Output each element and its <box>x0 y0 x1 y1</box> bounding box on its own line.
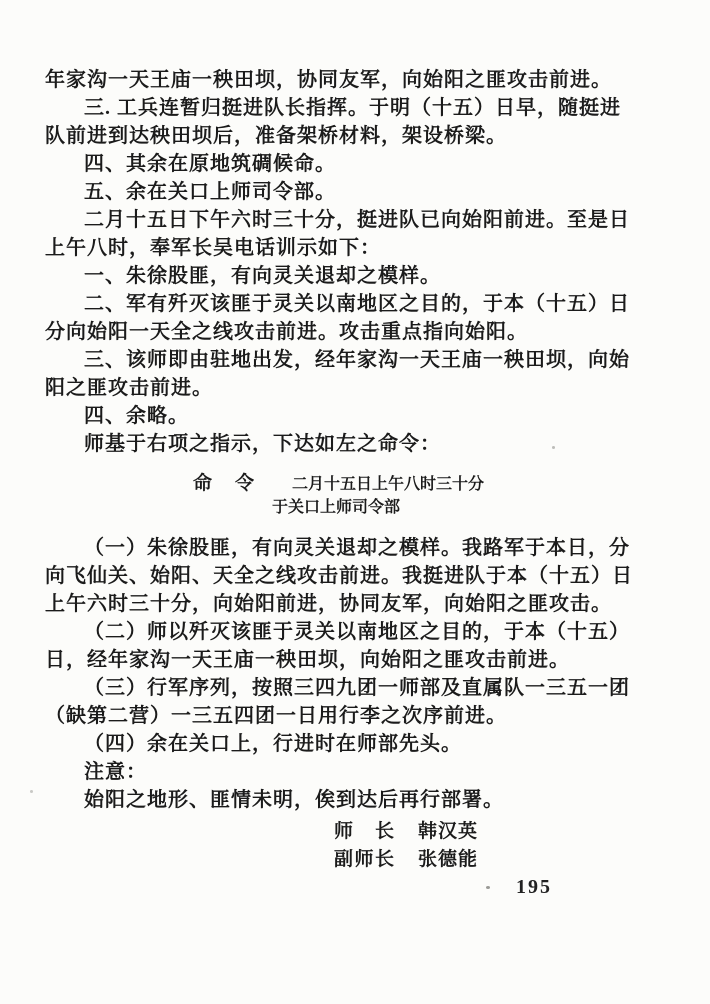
text-line: 队前进到达秧田坝后，准备架桥材料，架设桥梁。 <box>45 122 670 150</box>
signature-deputy-commander: 副师长张德能 <box>45 846 478 874</box>
signature-name: 张德能 <box>418 849 478 870</box>
signature-name: 韩汉英 <box>418 821 478 842</box>
text-line: 注意： <box>45 758 670 786</box>
scanned-document-page: 年家沟一天王庙一秧田坝，协同友军，向始阳之匪攻击前进。 三. 工兵连暂归挺进队长… <box>0 0 710 1004</box>
text-line: （四）余在关口上，行进时在师部先头。 <box>45 730 670 758</box>
scan-speck <box>552 446 555 449</box>
signature-commander: 师 长韩汉英 <box>45 818 478 846</box>
scan-speck <box>570 100 573 102</box>
text-line: （缺第二营）一三五四团一日用行李之次序前进。 <box>45 702 670 730</box>
text-line: （二）师以歼灭该匪于灵关以南地区之目的，于本（十五） <box>45 618 670 646</box>
text-line: 三、该师即由驻地出发，经年家沟一天王庙一秧田坝，向始 <box>45 346 670 374</box>
signature-role: 副师长 <box>334 846 394 874</box>
text-line: 一、朱徐股匪，有向灵关退却之模样。 <box>45 262 670 290</box>
text-line: 年家沟一天王庙一秧田坝，协同友军，向始阳之匪攻击前进。 <box>45 66 670 94</box>
text-line: 五、余在关口上师司令部。 <box>45 178 670 206</box>
order-title: 命 令 <box>193 473 256 494</box>
text-line: 二月十五日下午六时三十分，挺进队已向始阳前进。至是日 <box>45 206 670 234</box>
text-line: 日，经年家沟一天王庙一秧田坝，向始阳之匪攻击前进。 <box>45 646 670 674</box>
text-line: 上午八时，奉军长吴电话训示如下： <box>45 234 670 262</box>
text-line: （一）朱徐股匪，有向灵关退却之模样。我路军于本日，分 <box>45 534 670 562</box>
text-line: 三. 工兵连暂归挺进队长指挥。于明（十五）日早，随挺进 <box>45 94 670 122</box>
text-line: 阳之匪攻击前进。 <box>45 374 670 402</box>
signature-block: 师 长韩汉英 副师长张德能 <box>45 818 670 874</box>
order-heading: 命 令 二月十五日上午八时三十分 <box>45 472 670 496</box>
text-line: 四、余略。 <box>45 402 670 430</box>
scan-speck <box>486 886 490 889</box>
signature-role: 师 长 <box>334 818 394 846</box>
text-line: 向飞仙关、始阳、天全之线攻击前进。我挺进队于本（十五）日 <box>45 562 670 590</box>
text-line: （三）行军序列，按照三四九团一师部及直属队一三五一团 <box>45 674 670 702</box>
page-number: 195 <box>516 876 552 899</box>
text-line: 上午六时三十分，向始阳前进，协同友军，向始阳之匪攻击。 <box>45 590 670 618</box>
text-line: 师基于右项之指示，下达如左之命令： <box>45 430 670 458</box>
order-datetime: 二月十五日上午八时三十分 <box>292 476 484 493</box>
scan-speck <box>30 790 33 793</box>
text-line: 始阳之地形、匪情未明，俟到达后再行部署。 <box>45 786 670 814</box>
text-line: 二、军有歼灭该匪于灵关以南地区之目的，于本（十五）日 <box>45 290 670 318</box>
order-location: 于关口上师司令部 <box>45 496 670 520</box>
text-line: 分向始阳一天全之线攻击前进。攻击重点指向始阳。 <box>45 318 670 346</box>
text-line: 四、其余在原地筑碉候命。 <box>45 150 670 178</box>
